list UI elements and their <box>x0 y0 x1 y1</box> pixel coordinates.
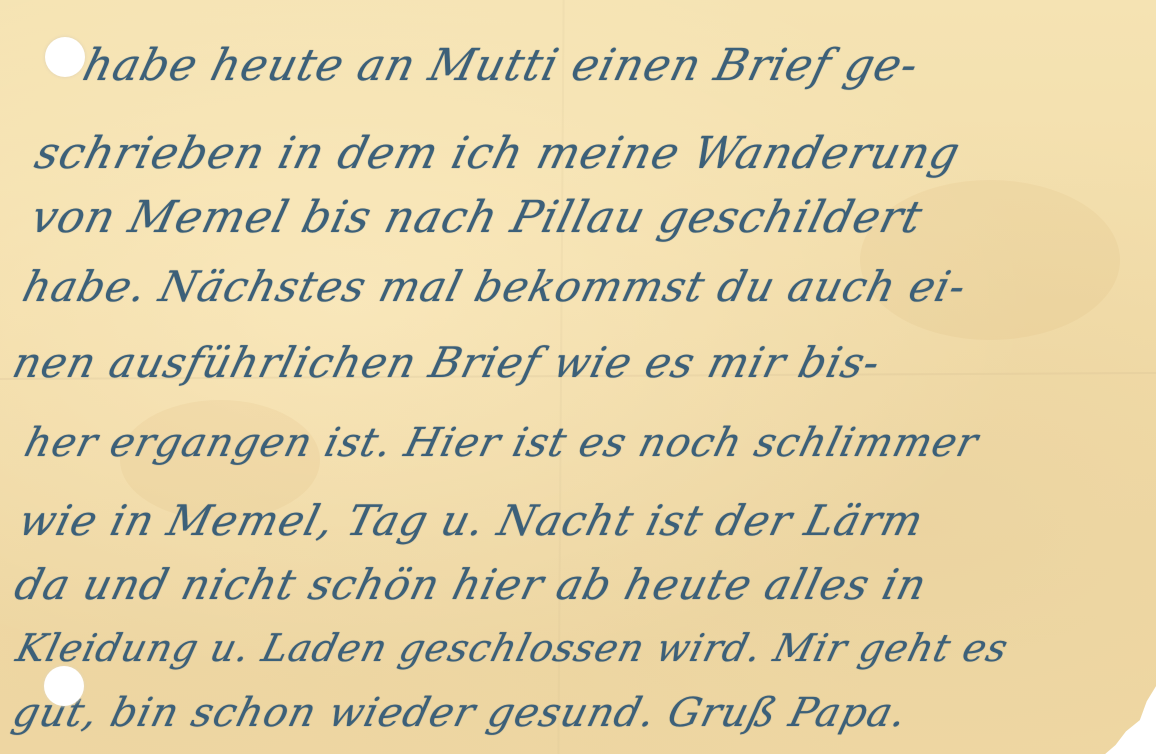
letter-page: habe heute an Mutti einen Brief ge- schr… <box>0 0 1156 754</box>
letter-line-4: habe. Nächstes mal bekommst du auch ei- <box>18 262 972 311</box>
letter-line-3: von Memel bis nach Pillau geschildert <box>26 192 928 243</box>
letter-line-8: da und nicht schön hier ab heute alles i… <box>10 560 932 609</box>
letter-line-7: wie in Memel, Tag u. Nacht ist der Lärm <box>14 496 929 545</box>
punch-hole-top <box>45 37 85 77</box>
punch-hole-bottom <box>44 666 84 706</box>
letter-line-1: habe heute an Mutti einen Brief ge- <box>78 40 1091 91</box>
letter-line-6: her ergangen ist. Hier ist es noch schli… <box>20 420 983 466</box>
letter-line-2: schrieben in dem ich meine Wanderung <box>30 128 966 179</box>
letter-line-9: Kleidung u. Laden geschlossen wird. Mir … <box>12 626 1013 670</box>
letter-line-5: nen ausführlichen Brief wie es mir bis- <box>8 338 886 387</box>
letter-line-10: gut, bin schon wieder gesund. Gruß Papa. <box>8 690 912 736</box>
